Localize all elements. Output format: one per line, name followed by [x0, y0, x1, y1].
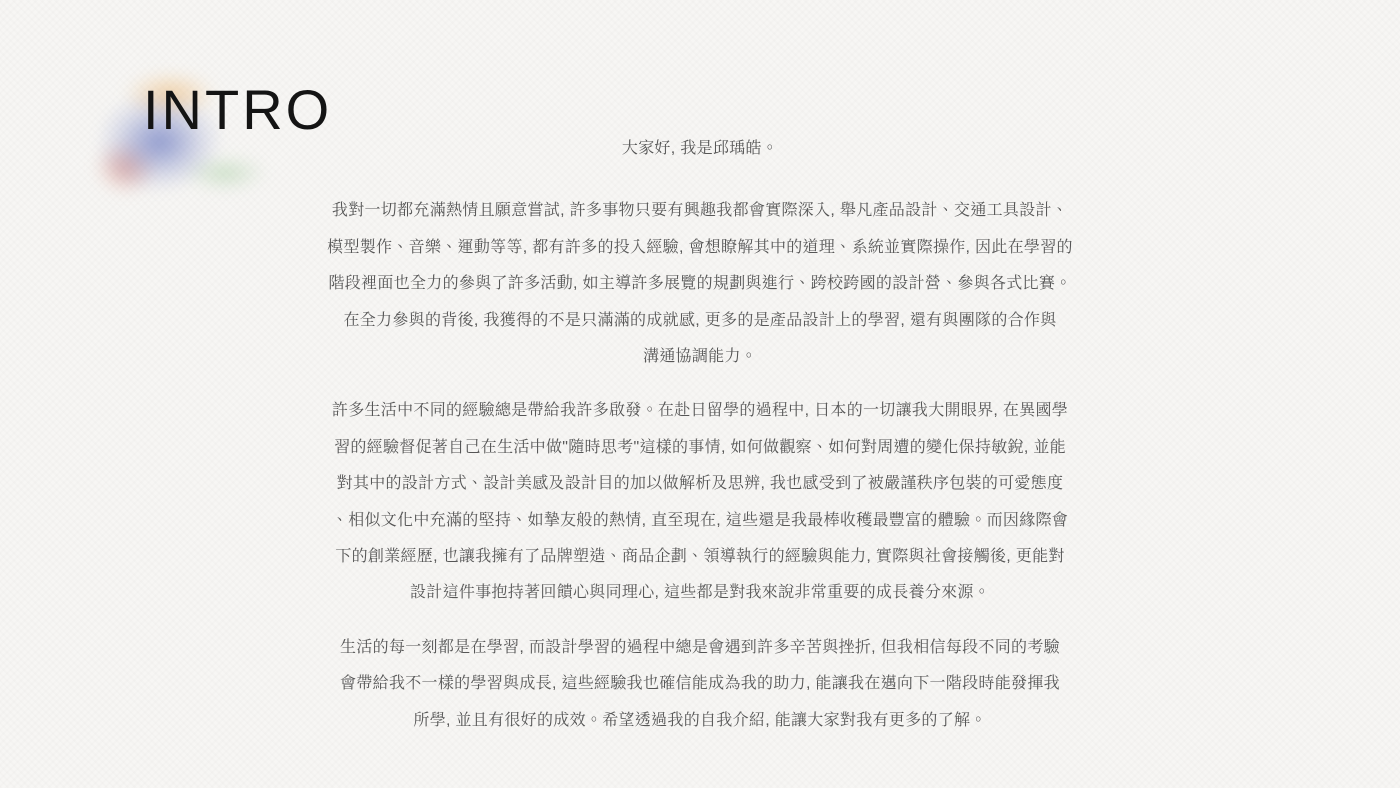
text-line: 對其中的設計方式、設計美感及設計目的加以做解析及思辨, 我也感受到了被嚴謹秩序包… [0, 466, 1400, 502]
text-line: 所學, 並且有很好的成效。希望透過我的自我介紹, 能讓大家對我有更多的了解。 [0, 703, 1400, 739]
text-line: 在全力參與的背後, 我獲得的不是只滿滿的成就感, 更多的是產品設計上的學習, 還… [0, 303, 1400, 339]
text-line: 生活的每一刻都是在學習, 而設計學習的過程中總是會遇到許多辛苦與挫折, 但我相信… [0, 630, 1400, 666]
slide: { "page": { "background_color": "#f7f6f4… [0, 0, 1400, 788]
text-line: 設計這件事抱持著回饋心與同理心, 這些都是對我來說非常重要的成長養分來源。 [0, 575, 1400, 611]
text-line: 我對一切都充滿熱情且願意嘗試, 許多事物只要有興趣我都會實際深入, 舉凡產品設計… [0, 193, 1400, 229]
page-title: INTRO [143, 82, 332, 138]
text-line: 溝通協調能力。 [0, 339, 1400, 375]
intro-paragraph-3: 生活的每一刻都是在學習, 而設計學習的過程中總是會遇到許多辛苦與挫折, 但我相信… [0, 630, 1400, 739]
text-line: 習的經驗督促著自己在生活中做"隨時思考"這樣的事情, 如何做觀察、如何對周遭的變… [0, 430, 1400, 466]
text-line: 下的創業經歷, 也讓我擁有了品牌塑造、商品企劃、領導執行的經驗與能力, 實際與社… [0, 539, 1400, 575]
text-line: 模型製作、音樂、運動等等, 都有許多的投入經驗, 會想瞭解其中的道理、系統並實際… [0, 230, 1400, 266]
text-line: 階段裡面也全力的參與了許多活動, 如主導許多展覽的規劃與進行、跨校跨國的設計營、… [0, 266, 1400, 302]
intro-paragraph-2: 許多生活中不同的經驗總是帶給我許多啟發。在赴日留學的過程中, 日本的一切讓我大開… [0, 393, 1400, 611]
greeting-line: 大家好, 我是邱瑀皓。 [0, 131, 1400, 167]
text-line: 、相似文化中充滿的堅持、如摯友般的熱情, 直至現在, 這些還是我最棒收穫最豐富的… [0, 503, 1400, 539]
text-line: 許多生活中不同的經驗總是帶給我許多啟發。在赴日留學的過程中, 日本的一切讓我大開… [0, 393, 1400, 429]
intro-paragraph-1: 我對一切都充滿熱情且願意嘗試, 許多事物只要有興趣我都會實際深入, 舉凡產品設計… [0, 193, 1400, 375]
text-line: 會帶給我不一樣的學習與成長, 這些經驗我也確信能成為我的助力, 能讓我在邁向下一… [0, 666, 1400, 702]
self-introduction: 大家好, 我是邱瑀皓。 我對一切都充滿熱情且願意嘗試, 許多事物只要有興趣我都會… [0, 131, 1400, 739]
